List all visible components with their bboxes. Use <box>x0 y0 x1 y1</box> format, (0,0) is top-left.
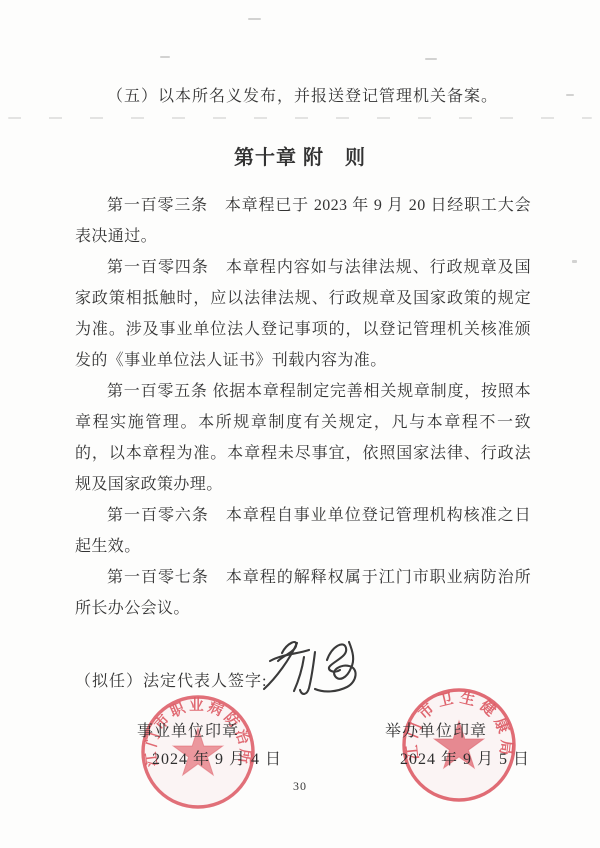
document-page: （五）以本所名义发布，并报送登记管理机关备案。 第十章 附 则 第一百零三条 本… <box>0 0 600 848</box>
scan-speck <box>160 56 170 58</box>
chapter-heading: 第十章 附 则 <box>0 141 600 170</box>
article-paragraph: 第一百零七条 本章程的解释权属于江门市职业病防治所所长办公会议。 <box>75 562 531 624</box>
institution-stamp-label: 事业单位印章 <box>137 718 239 741</box>
institution-stamp-date: 2024 年 9 月 4 日 <box>152 746 282 769</box>
scan-speck <box>566 94 574 96</box>
sponsor-seal: 江门市卫生健康局 <box>395 681 523 809</box>
article-paragraph: 第一百零六条 本章程自事业单位登记管理机构核准之日起生效。 <box>75 500 531 562</box>
sponsor-stamp-label: 举办单位印章 <box>385 718 487 741</box>
intro-line: （五）以本所名义发布，并报送登记管理机关备案。 <box>75 86 530 108</box>
article-paragraph: 第一百零五条 依据本章程制定完善相关规章制度，按照本章程实施管理。本所规章制度有… <box>75 376 531 500</box>
scan-speck <box>425 58 437 60</box>
scan-speck <box>248 18 261 20</box>
handwritten-signature <box>252 630 387 715</box>
article-paragraph: 第一百零三条 本章程已于 2023 年 9 月 20 日经职工大会表决通过。 <box>75 190 531 252</box>
sponsor-stamp-date: 2024 年 9 月 5 日 <box>400 746 530 769</box>
scan-artifact-line <box>8 117 592 119</box>
article-body: 第一百零三条 本章程已于 2023 年 9 月 20 日经职工大会表决通过。 第… <box>75 190 531 624</box>
scan-speck <box>572 260 577 263</box>
article-paragraph: 第一百零四条 本章程内容如与法律法规、行政规章及国家政策相抵触时，应以法律法规、… <box>75 252 531 376</box>
signature-label: （拟任）法定代表人签字: <box>75 668 267 691</box>
